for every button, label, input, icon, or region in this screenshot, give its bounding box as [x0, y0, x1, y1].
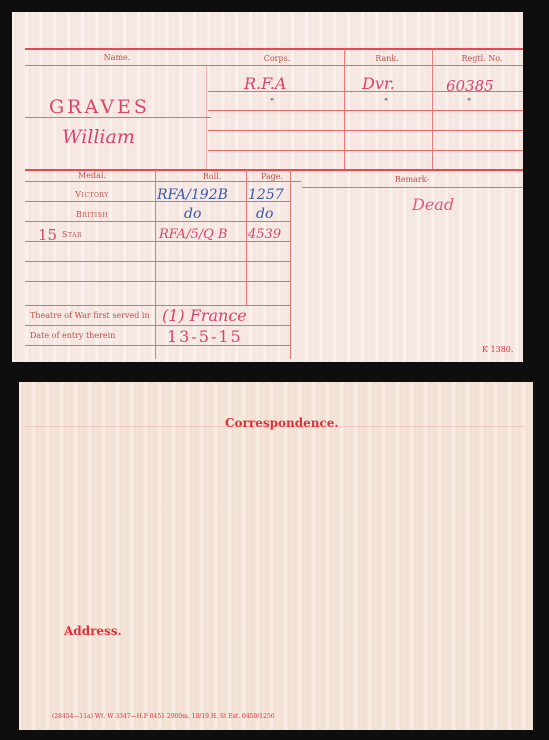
- rule: [25, 305, 291, 306]
- header-remarks: Remark-: [372, 175, 452, 184]
- rule: [25, 325, 291, 326]
- rule: [246, 170, 247, 306]
- correspondence-title: Correspondence.: [225, 416, 339, 430]
- regtl-no-ditto: ": [467, 98, 471, 108]
- form-number: K 1380.: [482, 345, 513, 354]
- medal-index-card-front: Name. Corps. Rank. Regtl. No. GRAVES Wil…: [12, 12, 523, 362]
- rule: [25, 181, 301, 182]
- corps-ditto: ": [270, 98, 274, 108]
- remark-value: Dead: [412, 195, 454, 214]
- printer-imprint: (28454—11a) Wt. W 3347—H.P 0451 2900m. 1…: [52, 713, 275, 720]
- corps-value: R.F.A: [244, 74, 286, 93]
- rule: [25, 345, 291, 346]
- theatre-label: Theatre of War first served in: [30, 311, 150, 320]
- medal-name: British: [57, 210, 127, 219]
- rule: [302, 187, 523, 188]
- regtl-no-value: 60385: [446, 77, 494, 95]
- theatre-value: (1) France: [162, 306, 247, 325]
- header-regtl-no: Regtl. No.: [442, 54, 522, 63]
- header-page: Page.: [252, 172, 292, 181]
- rule: [155, 170, 156, 359]
- rule: [25, 65, 523, 66]
- medal-roll: RFA/5/Q B: [159, 227, 227, 242]
- medal-prefix: 15: [38, 226, 57, 244]
- rule: [25, 281, 291, 282]
- rule: [206, 66, 207, 170]
- rule: [290, 170, 291, 359]
- header-roll: Roll.: [182, 172, 242, 181]
- rule: [208, 130, 523, 131]
- medal-name: Star: [62, 230, 102, 239]
- rank-ditto: ": [384, 98, 388, 108]
- rank-value: Dvr.: [362, 74, 395, 93]
- header-name: Name.: [62, 53, 172, 62]
- surname: GRAVES: [49, 96, 150, 118]
- medal-roll: RFA/192B: [157, 187, 228, 203]
- rule: [208, 150, 523, 151]
- date-label: Date of entry therein: [30, 331, 115, 340]
- medal-page: 4539: [248, 227, 281, 242]
- header-medal: Medal.: [52, 171, 132, 180]
- rule: [25, 48, 523, 50]
- rule: [25, 261, 291, 262]
- medal-index-card-back: Correspondence. Address. (28454—11a) Wt.…: [19, 382, 533, 730]
- medal-name: Victory: [57, 190, 127, 199]
- header-corps: Corps.: [222, 54, 332, 63]
- medal-page: 1257: [248, 187, 284, 203]
- forename: William: [62, 126, 135, 148]
- date-value: 13-5-15: [167, 327, 243, 346]
- header-rank: Rank.: [347, 54, 427, 63]
- rule: [25, 221, 291, 222]
- medal-roll: do: [184, 206, 201, 222]
- medal-page: do: [256, 206, 273, 222]
- address-label: Address.: [64, 624, 122, 638]
- rule: [208, 110, 523, 111]
